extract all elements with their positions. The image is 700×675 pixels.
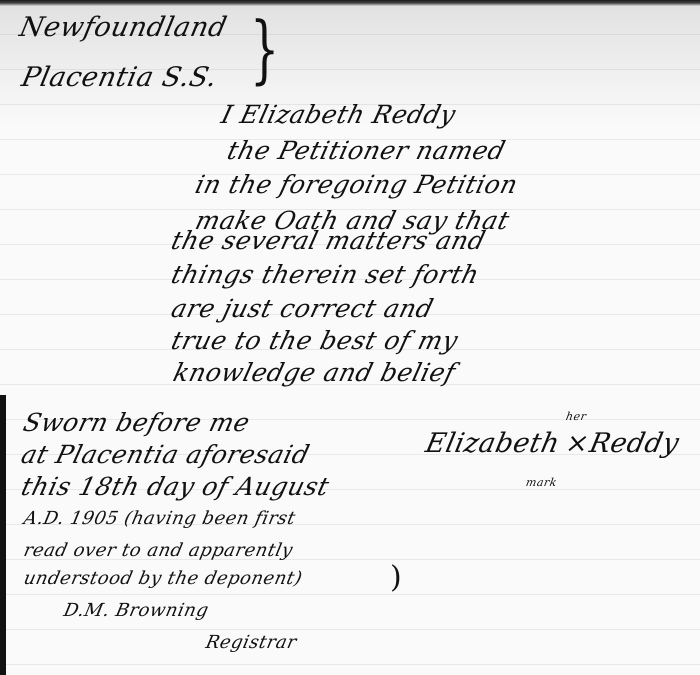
venue-brace: } xyxy=(250,6,279,92)
jurat-line-1: Sworn before me xyxy=(20,408,253,437)
body-line-1: I Elizabeth Reddy xyxy=(218,100,459,129)
jurat-line-4: A.D. 1905 (having been first xyxy=(22,508,298,529)
signature-mark-label: mark xyxy=(525,476,558,489)
jurat-line-3: this 18th day of August xyxy=(18,472,332,501)
venue-line-2: Placentia S.S. xyxy=(19,62,220,93)
body-line-7: are just correct and xyxy=(168,294,436,323)
body-line-3: in the foregoing Petition xyxy=(192,170,521,199)
jurat-line-5: read over to and apparently xyxy=(22,540,295,561)
jurat-closing-paren: ) xyxy=(390,560,402,595)
body-line-8: true to the best of my xyxy=(168,326,461,355)
jurat-line-6: understood by the deponent) xyxy=(22,568,305,589)
signature-first-name: Elizabeth xyxy=(423,428,563,459)
jurat-line-2: at Placentia aforesaid xyxy=(18,440,312,469)
venue-line-1: Newfoundland xyxy=(17,12,230,43)
body-line-6: things therein set forth xyxy=(168,260,482,289)
body-line-2: the Petitioner named xyxy=(224,136,508,165)
scanned-affidavit-page: Newfoundland Placentia S.S. } I Elizabet… xyxy=(0,0,700,675)
body-line-9: knowledge and belief xyxy=(170,358,458,387)
signature-last-name: Reddy xyxy=(587,428,682,459)
scan-left-edge xyxy=(0,395,6,675)
officer-title: Registrar xyxy=(204,632,299,653)
body-line-5: the several matters and xyxy=(168,226,488,255)
signature-her-label: her xyxy=(565,410,588,423)
officer-name: D.M. Browning xyxy=(62,600,211,621)
